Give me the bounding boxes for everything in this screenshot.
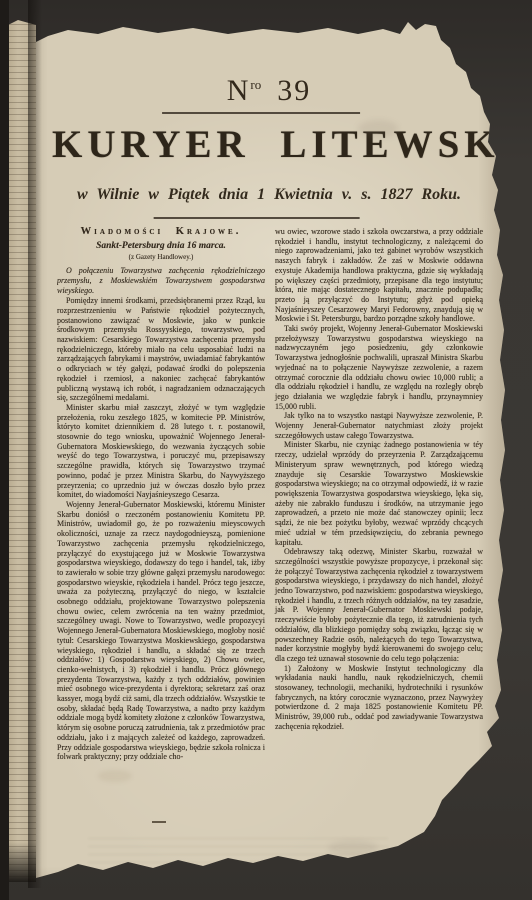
newspaper-page: Nro39 KURYER LITEWSKI w Wilnie w Piątek …	[28, 0, 508, 900]
article-columns: Wiadomości Krajowe.Sankt-Petersburg dnia…	[57, 227, 483, 839]
issue-number: Nro39	[52, 74, 486, 108]
left-column: Wiadomości Krajowe.Sankt-Petersburg dnia…	[57, 227, 265, 839]
paragraph: (z Gazety Handlowey.)	[57, 253, 265, 263]
right-column: wu owiec, wzorowe stado i szkoła owczars…	[275, 227, 483, 839]
paragraph: Wojenny Jenerał-Gubernator Moskiewski, k…	[57, 500, 265, 762]
paragraph: 1) Założony w Moskwie Instytut technolog…	[275, 664, 483, 732]
issue-superscript: ro	[250, 77, 261, 92]
paragraph: Jak tylko na to wszystko nastąpi Naywyżs…	[275, 411, 483, 440]
paragraph: Sankt-Petersburg dnia 16 marca.	[57, 242, 265, 252]
masthead-rule-top	[162, 112, 360, 114]
paragraph: Minister skarbu miał zaszczyt, złożyć w …	[57, 403, 265, 500]
paragraph: wu owiec, wzorowe stado i szkoła owczars…	[275, 227, 483, 324]
masthead-dateline: w Wilnie w Piątek dnia 1 Kwietnia v. s. …	[52, 186, 486, 204]
paragraph: Pomiędzy innemi środkami, przedsiębranem…	[57, 296, 265, 403]
issue-prefix: N	[227, 74, 251, 107]
masthead-rule-bottom	[154, 217, 360, 219]
page-fold-shadow	[28, 0, 42, 888]
paragraph: Taki swóy projekt, Wojenny Jenerał-Guber…	[275, 324, 483, 411]
paragraph: Wiadomości Krajowe.	[57, 227, 265, 237]
paragraph: Odebrawszy taką odezwę, Minister Skarbu,…	[275, 547, 483, 663]
paragraph: O połączeniu Towarzystwa zachęcenia ręko…	[57, 266, 265, 295]
article-end-divider	[152, 821, 166, 823]
book-spine-shadow	[0, 0, 9, 900]
issue-value: 39	[277, 74, 311, 107]
paragraph: Minister Skarbu, nie czyniąc żadnego pos…	[275, 440, 483, 547]
reverse-side-showthrough	[88, 838, 388, 864]
paper-fiber	[423, 808, 493, 844]
newspaper-title: KURYER LITEWSKI	[52, 122, 486, 167]
